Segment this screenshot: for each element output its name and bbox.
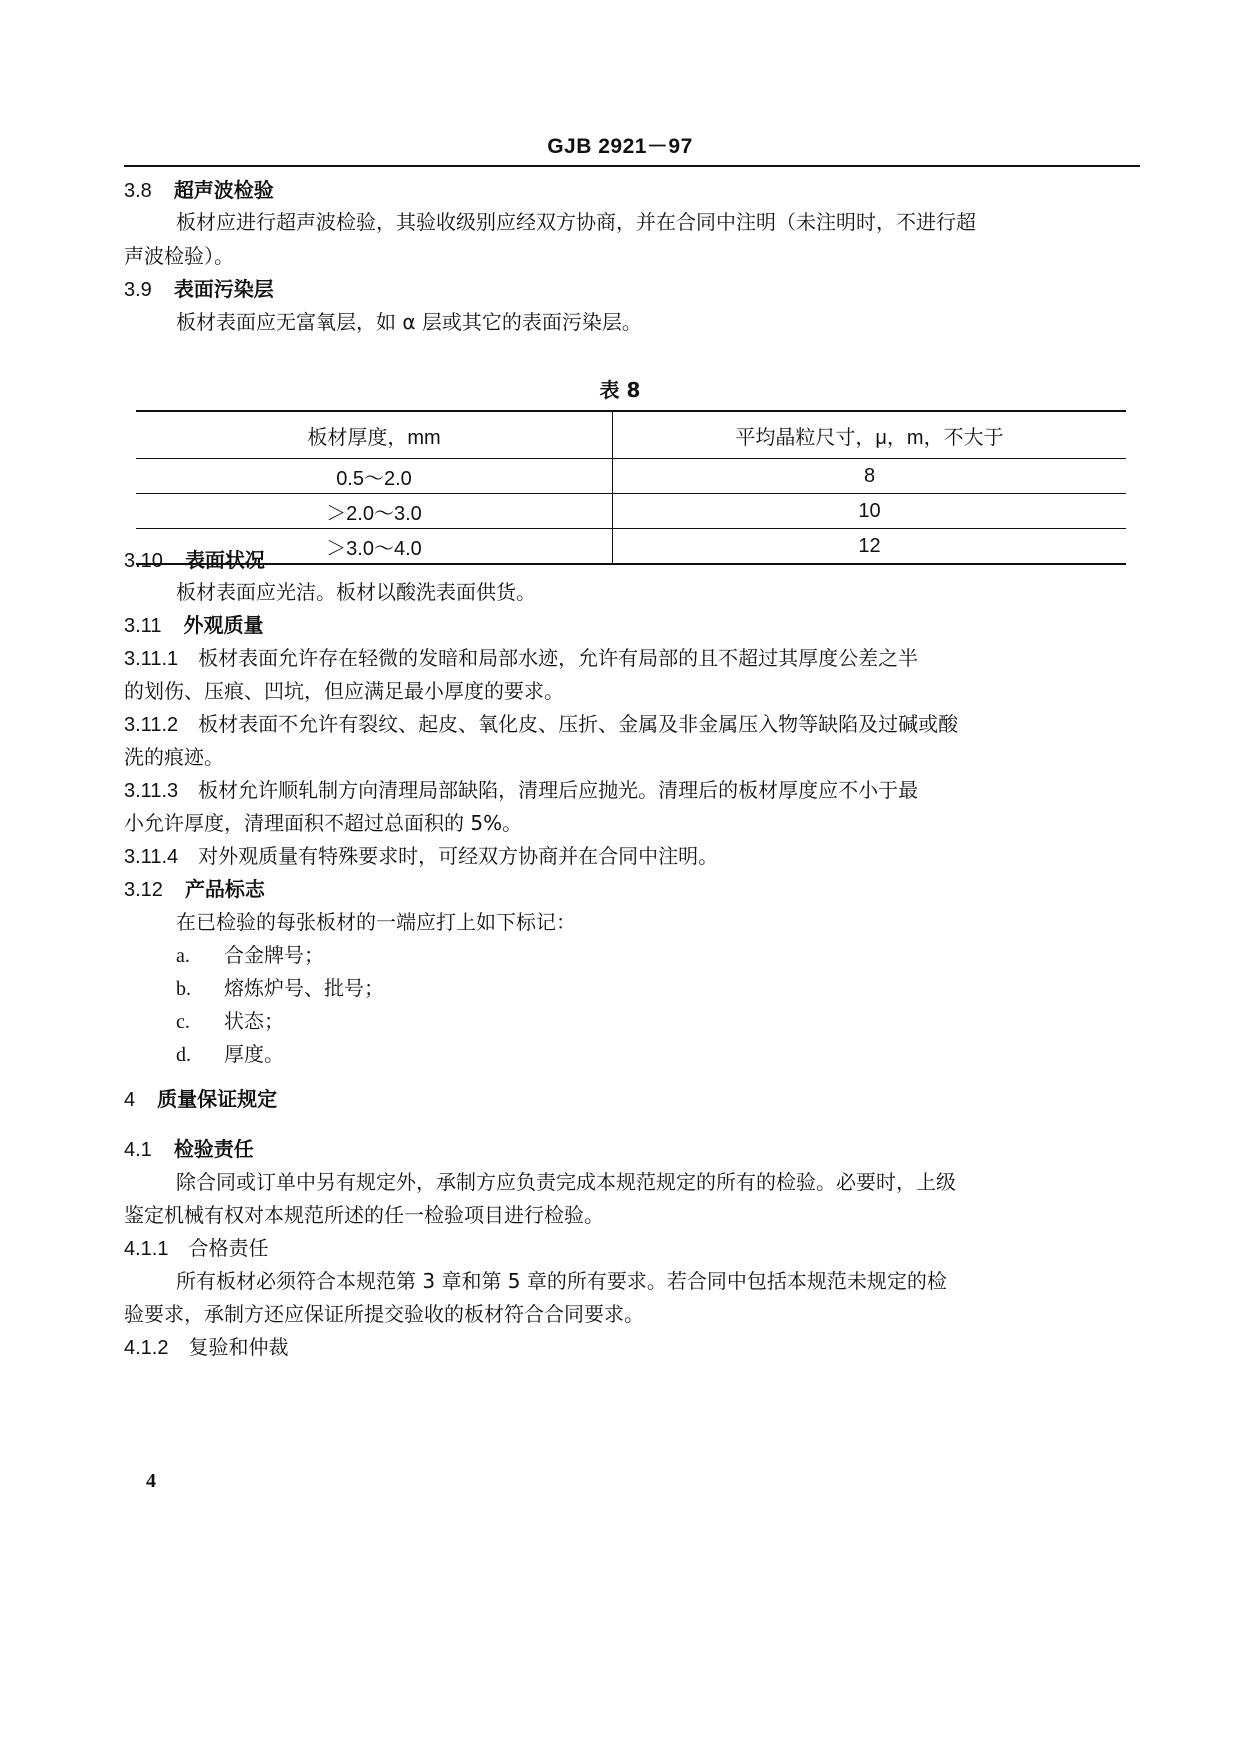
section-number: 3.8	[124, 177, 152, 205]
section-title: 表面状况	[185, 548, 265, 572]
section-title: 合格责任	[188, 1236, 268, 1260]
section-number: 3.9	[124, 276, 152, 304]
clause-3-11-3-line1: 3.11.3板材允许顺轧制方向清理局部缺陷，清理后应抛光。清理后的板材厚度应不小…	[124, 776, 918, 805]
section-3-9-paragraph: 板材表面应无富氧层，如 α 层或其它的表面污染层。	[176, 308, 642, 336]
section-4-1-paragraph-line1: 除合同或订单中另有规定外，承制方应负责完成本规范规定的所有的检验。必要时，上级	[176, 1168, 956, 1196]
document-page: GJB 2921－97 3.8超声波检验 板材应进行超声波检验，其验收级别应经双…	[0, 0, 1240, 1755]
section-3-12-heading: 3.12产品标志	[124, 875, 265, 904]
section-title: 检验责任	[174, 1137, 254, 1161]
clause-3-11-1-line1: 3.11.1板材表面允许存在轻微的发暗和局部水迹，允许有局部的且不超过其厚度公差…	[124, 644, 918, 673]
section-3-10-heading: 3.10表面状况	[124, 546, 265, 575]
table-8: 板材厚度，mm 平均晶粒尺寸，μ，m，不大于 0.5～2.0 8 ＞2.0～3.…	[136, 410, 1126, 565]
cell-thickness: ＞2.0～3.0	[136, 494, 613, 529]
clause-3-11-1-line2: 的划伤、压痕、凹坑，但应满足最小厚度的要求。	[124, 677, 564, 705]
chapter-number: 4	[124, 1086, 135, 1114]
list-marker: a.	[176, 942, 224, 970]
cell-grain-size: 12	[613, 529, 1127, 565]
column-header-grain-size: 平均晶粒尺寸，μ，m，不大于	[613, 411, 1127, 459]
clause-number: 3.11.4	[124, 843, 178, 871]
marking-list-item: b.熔炼炉号、批号；	[176, 974, 384, 1003]
clause-text: 对外观质量有特殊要求时，可经双方协商并在合同中注明。	[198, 844, 718, 868]
cell-grain-size: 10	[613, 494, 1127, 529]
table-row: ＞3.0～4.0 12	[136, 529, 1126, 565]
list-marker: c.	[176, 1008, 224, 1036]
list-text: 熔炼炉号、批号；	[224, 976, 384, 1000]
section-number: 3.10	[124, 547, 163, 575]
section-3-9-heading: 3.9表面污染层	[124, 275, 274, 304]
list-text: 合金牌号；	[224, 943, 324, 967]
table-row: 0.5～2.0 8	[136, 459, 1126, 494]
cell-thickness: 0.5～2.0	[136, 459, 613, 494]
marking-list-item: d.厚度。	[176, 1040, 284, 1069]
page-number: 4	[146, 1470, 156, 1493]
cell-grain-size: 8	[613, 459, 1127, 494]
section-4-1-2-heading: 4.1.2复验和仲裁	[124, 1333, 288, 1362]
clause-3-11-2-line1: 3.11.2板材表面不允许有裂纹、起皮、氧化皮、压折、金属及非金属压入物等缺陷及…	[124, 710, 958, 739]
clause-number: 3.11.3	[124, 777, 178, 805]
chapter-title: 质量保证规定	[157, 1087, 277, 1111]
section-number: 4.1	[124, 1136, 152, 1164]
section-number: 3.12	[124, 876, 163, 904]
header-rule	[124, 165, 1140, 167]
section-4-1-1-paragraph-line1: 所有板材必须符合本规范第 3 章和第 5 章的所有要求。若合同中包括本规范未规定…	[176, 1267, 947, 1295]
column-header-thickness: 板材厚度，mm	[136, 411, 613, 459]
section-3-8-heading: 3.8超声波检验	[124, 176, 274, 205]
clause-text: 板材允许顺轧制方向清理局部缺陷，清理后应抛光。清理后的板材厚度应不小于最	[198, 778, 918, 802]
marking-list-item: a.合金牌号；	[176, 941, 324, 970]
section-4-1-paragraph-line2: 鉴定机械有权对本规范所述的任一检验项目进行检验。	[124, 1201, 604, 1229]
clause-3-11-4: 3.11.4对外观质量有特殊要求时，可经双方协商并在合同中注明。	[124, 842, 718, 871]
list-marker: b.	[176, 975, 224, 1003]
section-title: 产品标志	[185, 877, 265, 901]
list-text: 状态；	[224, 1009, 284, 1033]
table-row: ＞2.0～3.0 10	[136, 494, 1126, 529]
section-number: 3.11	[124, 612, 161, 640]
section-3-11-heading: 3.11外观质量	[124, 611, 263, 640]
clause-number: 3.11.2	[124, 711, 178, 739]
chapter-4-heading: 4质量保证规定	[124, 1085, 277, 1114]
section-3-10-paragraph: 板材表面应光洁。板材以酸洗表面供货。	[176, 578, 536, 606]
clause-text: 板材表面不允许有裂纹、起皮、氧化皮、压折、金属及非金属压入物等缺陷及过碱或酸	[198, 712, 958, 736]
section-title: 表面污染层	[174, 277, 274, 301]
clause-number: 3.11.1	[124, 645, 178, 673]
table-8-caption: 表 8	[0, 374, 1240, 403]
section-title: 超声波检验	[174, 178, 274, 202]
section-title: 外观质量	[183, 613, 263, 637]
clause-3-11-3-line2: 小允许厚度，清理面积不超过总面积的 5%。	[124, 809, 522, 837]
clause-text: 板材表面允许存在轻微的发暗和局部水迹，允许有局部的且不超过其厚度公差之半	[198, 646, 918, 670]
section-3-12-intro: 在已检验的每张板材的一端应打上如下标记：	[176, 908, 576, 936]
section-number: 4.1.2	[124, 1334, 168, 1362]
table-header-row: 板材厚度，mm 平均晶粒尺寸，μ，m，不大于	[136, 411, 1126, 459]
list-text: 厚度。	[224, 1042, 284, 1066]
clause-3-11-2-line2: 洗的痕迹。	[124, 743, 224, 771]
section-3-8-paragraph-line1: 板材应进行超声波检验，其验收级别应经双方协商，并在合同中注明（未注明时，不进行超	[176, 208, 976, 236]
section-4-1-1-paragraph-line2: 验要求，承制方还应保证所提交验收的板材符合合同要求。	[124, 1300, 644, 1328]
marking-list-item: c.状态；	[176, 1007, 284, 1036]
section-number: 4.1.1	[124, 1235, 168, 1263]
list-marker: d.	[176, 1041, 224, 1069]
section-3-8-paragraph-line2: 声波检验）。	[124, 242, 234, 270]
section-4-1-1-heading: 4.1.1合格责任	[124, 1234, 268, 1263]
section-4-1-heading: 4.1检验责任	[124, 1135, 254, 1164]
standard-code-header: GJB 2921－97	[0, 130, 1240, 160]
section-title: 复验和仲裁	[188, 1335, 288, 1359]
